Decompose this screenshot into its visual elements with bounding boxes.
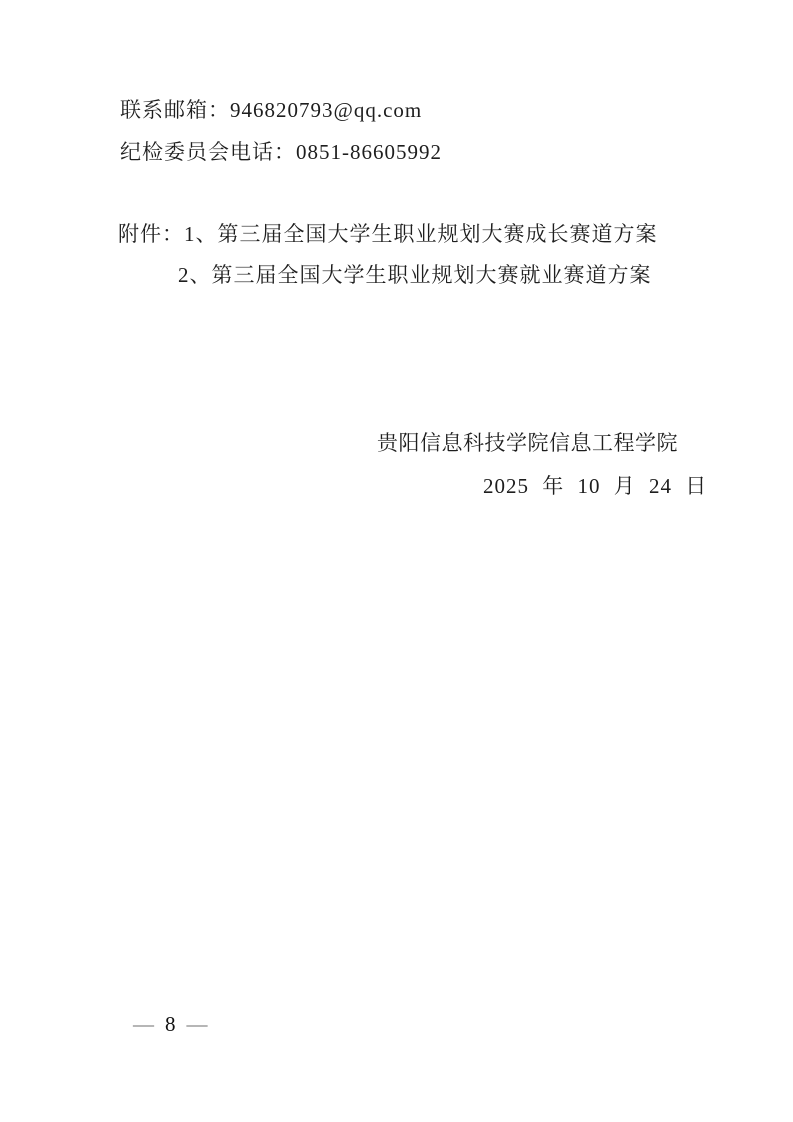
contact-email-label: 联系邮箱： xyxy=(120,98,230,122)
attachments-label: 附件： xyxy=(118,222,184,246)
contact-email-value: 946820793@qq.com xyxy=(230,98,422,122)
document-date: 2025 年 10 月 24 日 xyxy=(483,476,707,497)
attachments-line-1: 附件：1、第三届全国大学生职业规划大赛成长赛道方案 xyxy=(118,224,658,245)
discipline-committee-phone-label: 纪检委员会电话： xyxy=(120,140,296,164)
attachments-line-2: 2、第三届全国大学生职业规划大赛就业赛道方案 xyxy=(178,265,652,286)
contact-email-line: 联系邮箱：946820793@qq.com xyxy=(120,100,422,121)
issuing-organization-signature: 贵阳信息科技学院信息工程学院 xyxy=(377,433,678,454)
attachment-item-2: 2、第三届全国大学生职业规划大赛就业赛道方案 xyxy=(178,263,652,287)
footer-dash-left: — xyxy=(133,1012,154,1036)
page-footer: —8— xyxy=(133,1014,208,1035)
discipline-committee-phone-line: 纪检委员会电话：0851-86605992 xyxy=(120,142,442,163)
page-number: 8 xyxy=(165,1012,176,1036)
footer-dash-right: — xyxy=(187,1012,208,1036)
discipline-committee-phone-value: 0851-86605992 xyxy=(296,140,442,164)
document-page: 联系邮箱：946820793@qq.com 纪检委员会电话：0851-86605… xyxy=(0,0,793,1122)
attachment-item-1: 1、第三届全国大学生职业规划大赛成长赛道方案 xyxy=(184,222,658,246)
